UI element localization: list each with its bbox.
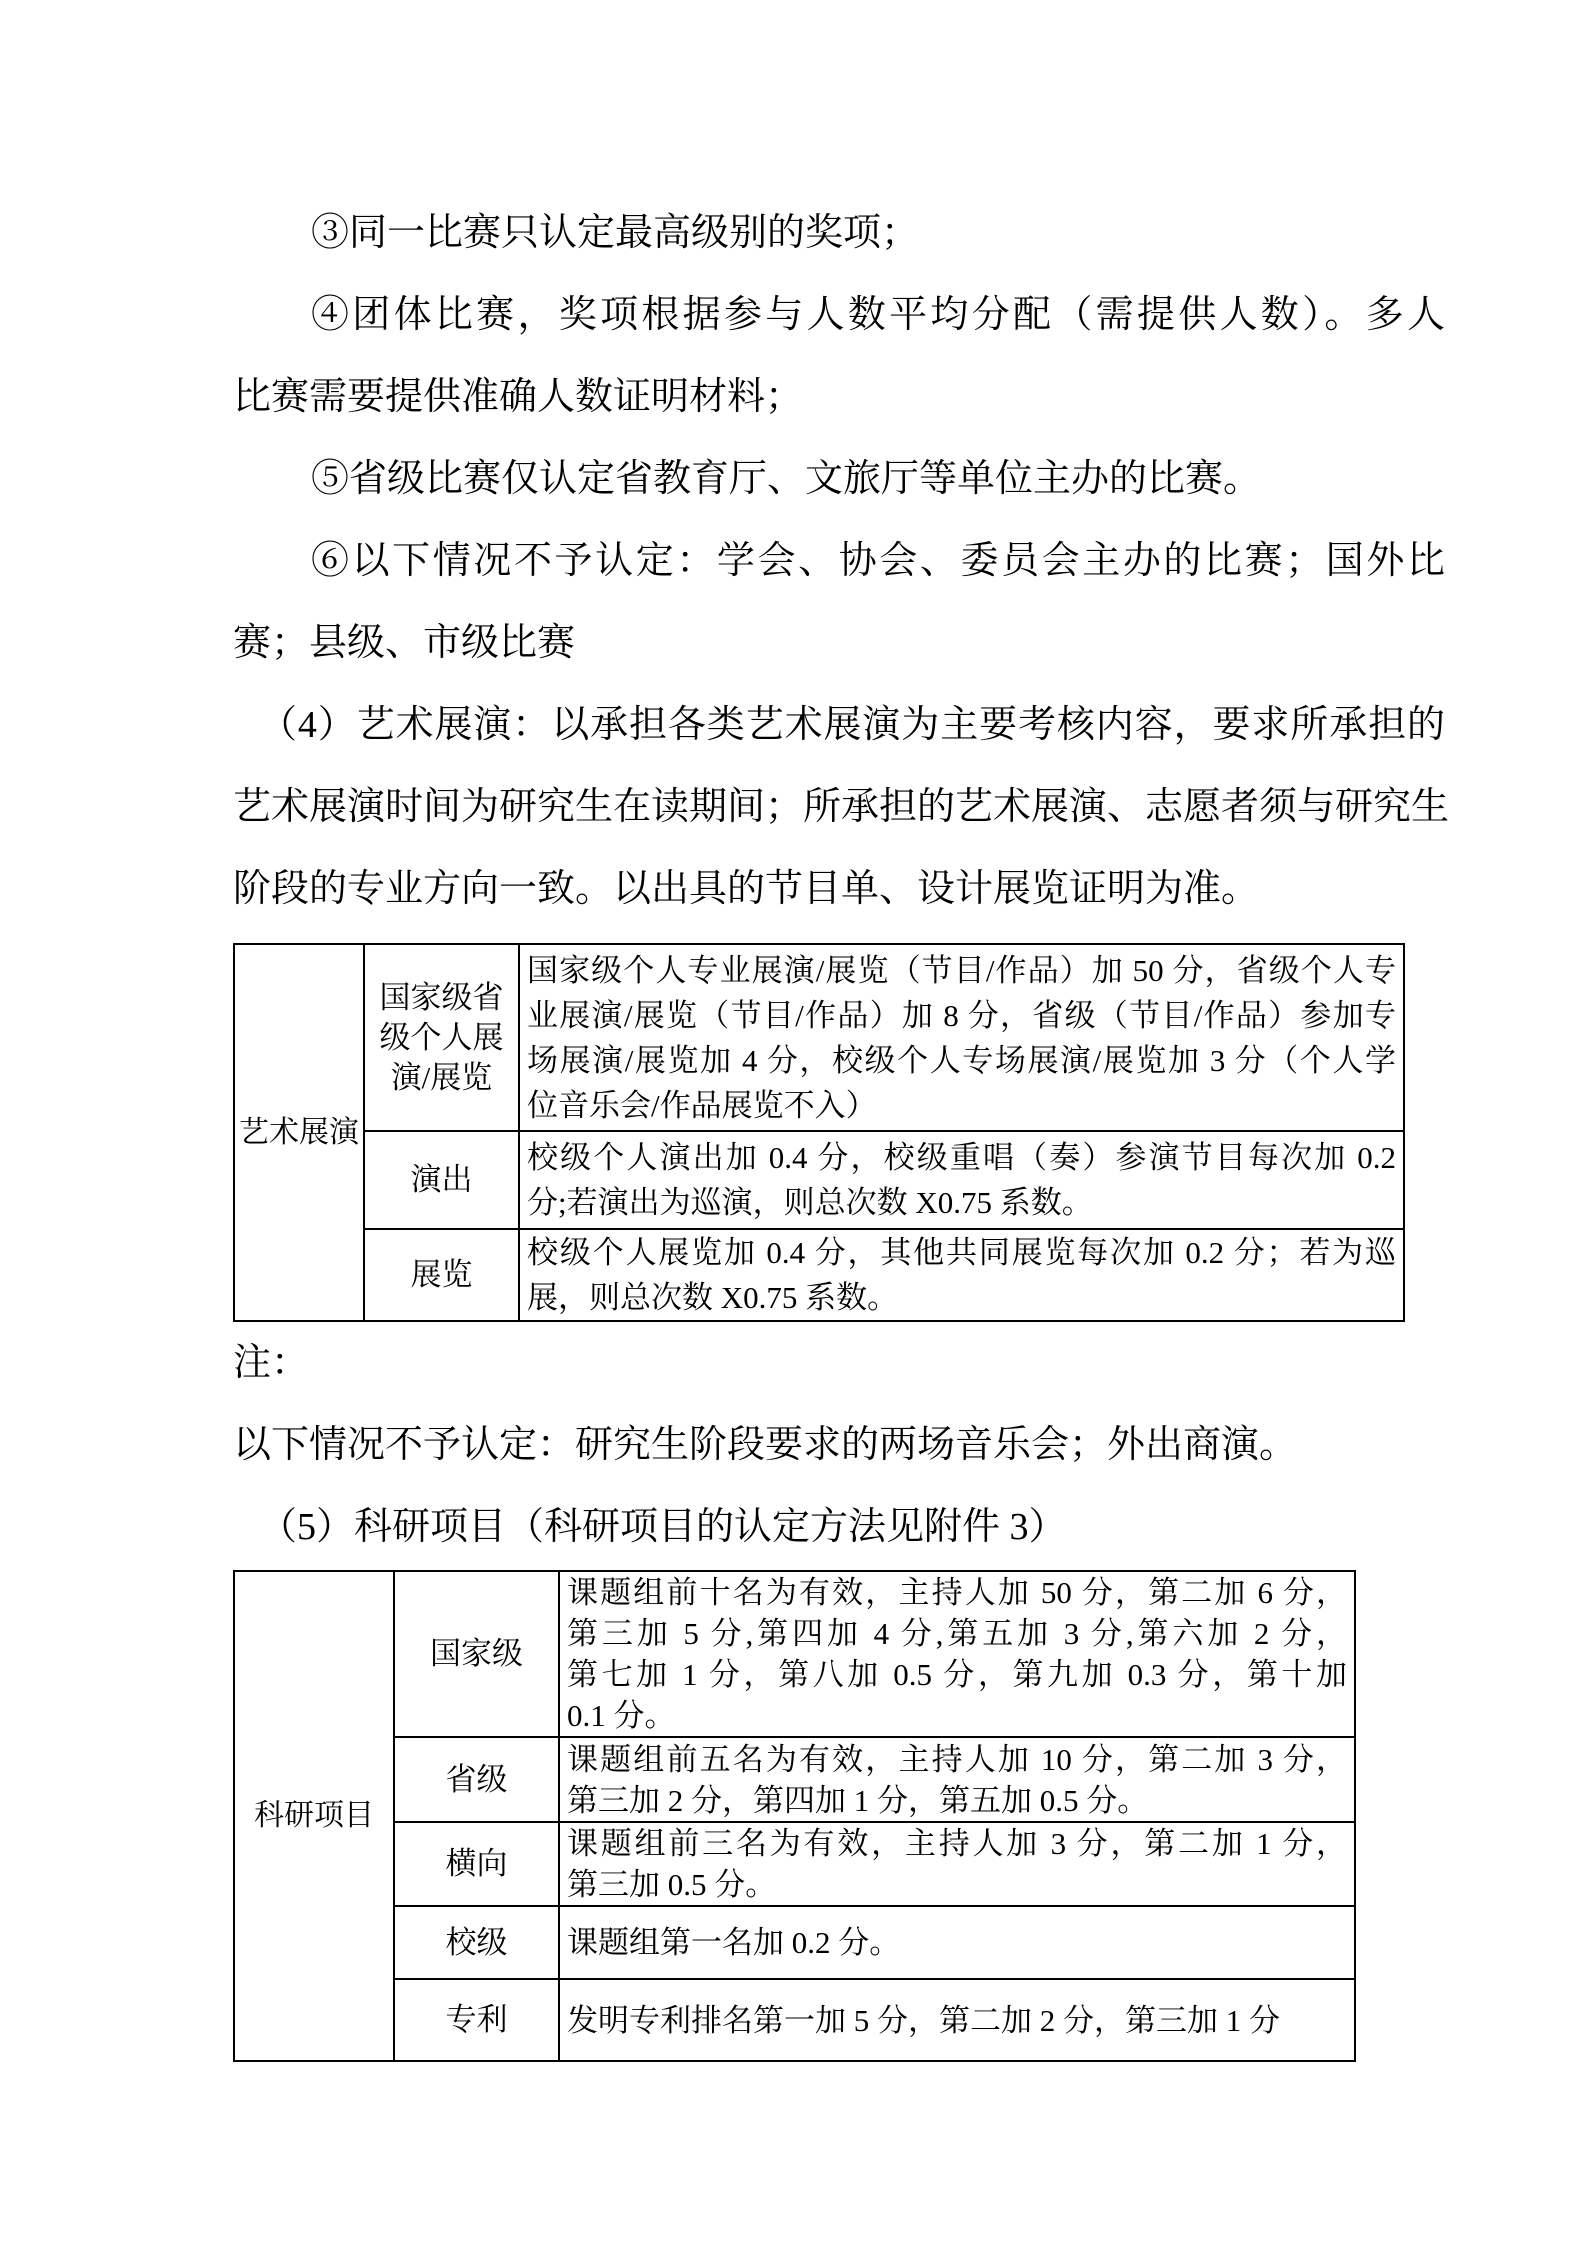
- desc-cell: 校级个人展览加 0.4 分，其他共同展览每次加 0.2 分；若为巡 展，则总次数…: [519, 1229, 1404, 1321]
- desc-line: 第三加 5 分,第四加 4 分,第五加 3 分,第六加 2 分，: [567, 1613, 1347, 1654]
- document-content: ③同一比赛只认定最高级别的奖项； ④团体比赛，奖项根据参与人数平均分配（需提供人…: [233, 192, 1445, 2062]
- desc-line: 展，则总次数 X0.75 系数。: [527, 1275, 1396, 1320]
- desc-line: 校级个人展览加 0.4 分，其他共同展览每次加 0.2 分；若为巡: [527, 1230, 1396, 1275]
- desc-cell: 课题组前十名为有效，主持人加 50 分，第二加 6 分， 第三加 5 分,第四加…: [559, 1571, 1355, 1737]
- body-line: 阶段的专业方向一致。以出具的节目单、设计展览证明为准。: [233, 848, 1445, 930]
- desc-line: 课题组第一名加 0.2 分。: [567, 1922, 1347, 1963]
- desc-cell: 国家级个人专业展演/展览（节目/作品）加 50 分，省级个人专 业展演/展览（节…: [519, 944, 1404, 1131]
- paragraph-item-6: ⑥以下情况不予认定：学会、协会、委员会主办的比赛；国外比 赛；县级、市级比赛: [233, 520, 1445, 684]
- document-page: ③同一比赛只认定最高级别的奖项； ④团体比赛，奖项根据参与人数平均分配（需提供人…: [0, 0, 1587, 2245]
- table-row: 横向 课题组前三名为有效，主持人加 3 分，第二加 1 分， 第三加 0.5 分…: [234, 1822, 1355, 1906]
- body-line: （4）艺术展演：以承担各类艺术展演为主要考核内容，要求所承担的: [233, 684, 1445, 766]
- body-line: ④团体比赛，奖项根据参与人数平均分配（需提供人数）。多人: [233, 274, 1445, 356]
- table-row: 科研项目 国家级 课题组前十名为有效，主持人加 50 分，第二加 6 分， 第三…: [234, 1571, 1355, 1737]
- note-text: 以下情况不予认定：研究生阶段要求的两场音乐会；外出商演。: [233, 1404, 1445, 1486]
- desc-line: 0.1 分。: [567, 1695, 1347, 1736]
- desc-cell: 课题组前三名为有效，主持人加 3 分，第二加 1 分， 第三加 0.5 分。: [559, 1822, 1355, 1906]
- level-cell: 省级: [394, 1737, 559, 1822]
- table-row: 展览 校级个人展览加 0.4 分，其他共同展览每次加 0.2 分；若为巡 展，则…: [234, 1229, 1404, 1321]
- desc-line: 位音乐会/作品展览不入）: [527, 1083, 1396, 1128]
- desc-cell: 课题组第一名加 0.2 分。: [559, 1906, 1355, 1979]
- paragraph-art-performance: （4）艺术展演：以承担各类艺术展演为主要考核内容，要求所承担的 艺术展演时间为研…: [233, 684, 1445, 930]
- paragraph-item-4: ④团体比赛，奖项根据参与人数平均分配（需提供人数）。多人 比赛需要提供准确人数证…: [233, 274, 1445, 438]
- desc-cell: 发明专利排名第一加 5 分，第二加 2 分，第三加 1 分: [559, 1979, 1355, 2061]
- desc-cell: 校级个人演出加 0.4 分，校级重唱（奏）参演节目每次加 0.2 分;若演出为巡…: [519, 1131, 1404, 1229]
- paragraph-item-5: ⑤省级比赛仅认定省教育厅、文旅厅等单位主办的比赛。: [233, 438, 1445, 520]
- level-cell: 国家级省级个人展演/展览: [364, 944, 519, 1131]
- body-line: 艺术展演时间为研究生在读期间；所承担的艺术展演、志愿者须与研究生: [233, 766, 1445, 848]
- desc-line: 分;若演出为巡演，则总次数 X0.75 系数。: [527, 1180, 1396, 1225]
- desc-line: 校级个人演出加 0.4 分，校级重唱（奏）参演节目每次加 0.2: [527, 1135, 1396, 1180]
- desc-line: 场展演/展览加 4 分，校级个人专场展演/展览加 3 分（个人学: [527, 1038, 1396, 1083]
- desc-line: 课题组前十名为有效，主持人加 50 分，第二加 6 分，: [567, 1572, 1347, 1613]
- body-line: ③同一比赛只认定最高级别的奖项；: [233, 192, 1445, 274]
- category-cell: 艺术展演: [234, 944, 364, 1321]
- section5-heading: （5）科研项目（科研项目的认定方法见附件 3）: [233, 1486, 1445, 1568]
- table-row: 专利 发明专利排名第一加 5 分，第二加 2 分，第三加 1 分: [234, 1979, 1355, 2061]
- body-line: ⑤省级比赛仅认定省教育厅、文旅厅等单位主办的比赛。: [233, 438, 1445, 520]
- table-row: 省级 课题组前五名为有效，主持人加 10 分，第二加 3 分， 第三加 2 分，…: [234, 1737, 1355, 1822]
- level-cell: 校级: [394, 1906, 559, 1979]
- desc-line: 国家级个人专业展演/展览（节目/作品）加 50 分，省级个人专: [527, 948, 1396, 993]
- level-cell: 专利: [394, 1979, 559, 2061]
- note-label: 注：: [233, 1322, 1445, 1404]
- category-cell: 科研项目: [234, 1571, 394, 2061]
- desc-cell: 课题组前五名为有效，主持人加 10 分，第二加 3 分， 第三加 2 分，第四加…: [559, 1737, 1355, 1822]
- table-row: 演出 校级个人演出加 0.4 分，校级重唱（奏）参演节目每次加 0.2 分;若演…: [234, 1131, 1404, 1229]
- table-row: 艺术展演 国家级省级个人展演/展览 国家级个人专业展演/展览（节目/作品）加 5…: [234, 944, 1404, 1131]
- desc-line: 第三加 2 分，第四加 1 分，第五加 0.5 分。: [567, 1780, 1347, 1821]
- paragraph-item-3: ③同一比赛只认定最高级别的奖项；: [233, 192, 1445, 274]
- level-cell: 国家级: [394, 1571, 559, 1737]
- research-projects-table: 科研项目 国家级 课题组前十名为有效，主持人加 50 分，第二加 6 分， 第三…: [233, 1570, 1356, 2062]
- body-line: 赛；县级、市级比赛: [233, 602, 1445, 684]
- desc-line: 业展演/展览（节目/作品）加 8 分，省级（节目/作品）参加专: [527, 993, 1396, 1038]
- note-block: 注： 以下情况不予认定：研究生阶段要求的两场音乐会；外出商演。: [233, 1322, 1445, 1486]
- level-cell: 横向: [394, 1822, 559, 1906]
- desc-line: 课题组前五名为有效，主持人加 10 分，第二加 3 分，: [567, 1739, 1347, 1780]
- desc-line: 第三加 0.5 分。: [567, 1864, 1347, 1905]
- desc-line: 发明专利排名第一加 5 分，第二加 2 分，第三加 1 分: [567, 2000, 1347, 2041]
- desc-line: 第七加 1 分，第八加 0.5 分，第九加 0.3 分，第十加: [567, 1654, 1347, 1695]
- body-line: ⑥以下情况不予认定：学会、协会、委员会主办的比赛；国外比: [233, 520, 1445, 602]
- art-performance-table: 艺术展演 国家级省级个人展演/展览 国家级个人专业展演/展览（节目/作品）加 5…: [233, 943, 1405, 1322]
- desc-line: 课题组前三名为有效，主持人加 3 分，第二加 1 分，: [567, 1823, 1347, 1864]
- table-row: 校级 课题组第一名加 0.2 分。: [234, 1906, 1355, 1979]
- level-cell: 展览: [364, 1229, 519, 1321]
- body-line: 比赛需要提供准确人数证明材料；: [233, 356, 1445, 438]
- level-cell: 演出: [364, 1131, 519, 1229]
